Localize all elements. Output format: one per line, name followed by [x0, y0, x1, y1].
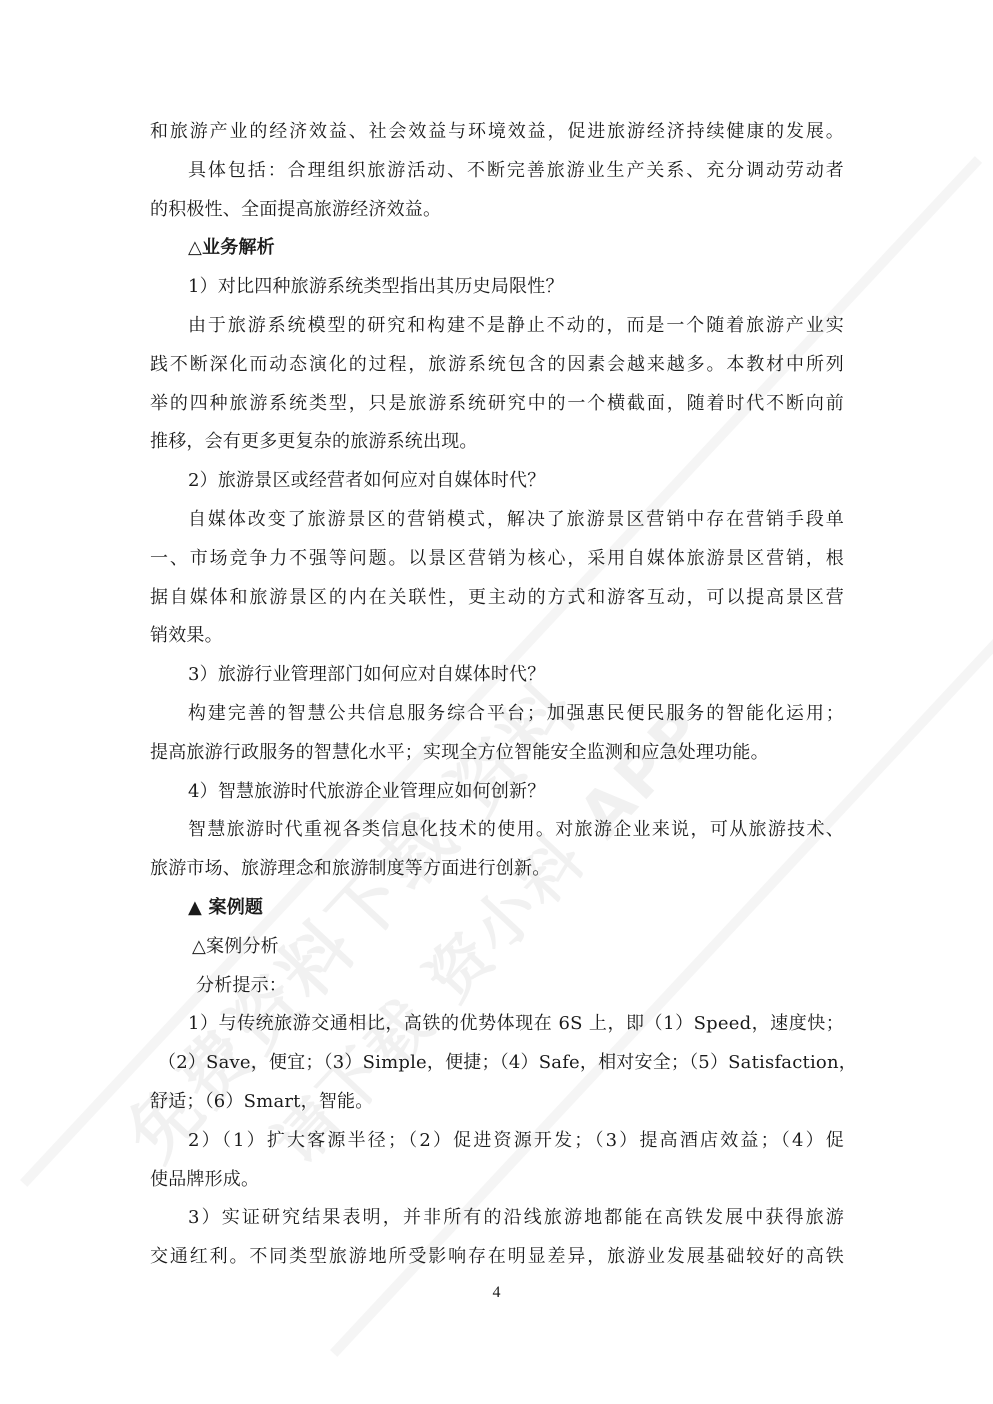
question-3: 3）旅游行业管理部门如何应对自媒体时代？: [150, 656, 844, 695]
paragraph-line: 智慧旅游时代重视各类信息化技术的使用。对旅游企业来说，可从旅游技术、: [150, 811, 844, 850]
paragraph-line: 交通红利。不同类型旅游地所受影响存在明显差异，旅游业发展基础较好的高铁: [150, 1238, 844, 1277]
paragraph-line: 的积极性、全面提高旅游经济效益。: [150, 191, 844, 230]
paragraph-line: 践不断深化而动态演化的过程，旅游系统包含的因素会越来越多。本教材中所列: [150, 346, 844, 385]
section-heading-case-study: ▲ 案例题: [150, 889, 844, 928]
paragraph-line: 一、市场竞争力不强等问题。以景区营销为核心，采用自媒体旅游景区营销，根: [150, 540, 844, 579]
subheading-case-analysis: △案例分析: [150, 928, 844, 967]
paragraph-line: 推移，会有更多更复杂的旅游系统出现。: [150, 423, 844, 462]
question-2: 2）旅游景区或经营者如何应对自媒体时代？: [150, 462, 844, 501]
paragraph-line: （2）Save，便宜；（3）Simple，便捷；（4）Safe，相对安全；（5）…: [150, 1044, 844, 1083]
paragraph-line: 3）实证研究结果表明，并非所有的沿线旅游地都能在高铁发展中获得旅游: [150, 1199, 844, 1238]
section-heading-business-analysis: △业务解析: [150, 229, 844, 268]
paragraph-line: 举的四种旅游系统类型，只是旅游系统研究中的一个横截面，随着时代不断向前: [150, 385, 844, 424]
paragraph-line: 1）与传统旅游交通相比，高铁的优势体现在 6S 上，即（1）Speed，速度快；: [150, 1005, 844, 1044]
analysis-hint-label: 分析提示：: [150, 967, 844, 1006]
page-body: 和旅游产业的经济效益、社会效益与环境效益，促进旅游经济持续健康的发展。 具体包括…: [150, 113, 844, 1277]
paragraph-line: 舒适；（6）Smart，智能。: [150, 1083, 844, 1122]
paragraph-line: 具体包括：合理组织旅游活动、不断完善旅游业生产关系、充分调动劳动者: [150, 152, 844, 191]
paragraph-line: 构建完善的智慧公共信息服务综合平台；加强惠民便民服务的智能化运用；: [150, 695, 844, 734]
document-page: 免费资料下载 资料 请下载 资小料 APP 和旅游产业的经济效益、社会效益与环境…: [0, 0, 993, 1404]
paragraph-line: 由于旅游系统模型的研究和构建不是静止不动的，而是一个随着旅游产业实: [150, 307, 844, 346]
paragraph-line: 据自媒体和旅游景区的内在关联性，更主动的方式和游客互动，可以提高景区营: [150, 579, 844, 618]
paragraph-line: 销效果。: [150, 617, 844, 656]
paragraph-line: 提高旅游行政服务的智慧化水平；实现全方位智能安全监测和应急处理功能。: [150, 734, 844, 773]
paragraph-line: 自媒体改变了旅游景区的营销模式，解决了旅游景区营销中存在营销手段单: [150, 501, 844, 540]
page-number: 4: [0, 1284, 993, 1302]
question-1: 1）对比四种旅游系统类型指出其历史局限性？: [150, 268, 844, 307]
paragraph-line: 旅游市场、旅游理念和旅游制度等方面进行创新。: [150, 850, 844, 889]
paragraph-line: 和旅游产业的经济效益、社会效益与环境效益，促进旅游经济持续健康的发展。: [150, 113, 844, 152]
paragraph-line: 2）（1）扩大客源半径；（2）促进资源开发；（3）提高酒店效益；（4）促: [150, 1122, 844, 1161]
question-4: 4）智慧旅游时代旅游企业管理应如何创新？: [150, 773, 844, 812]
paragraph-line: 使品牌形成。: [150, 1161, 844, 1200]
